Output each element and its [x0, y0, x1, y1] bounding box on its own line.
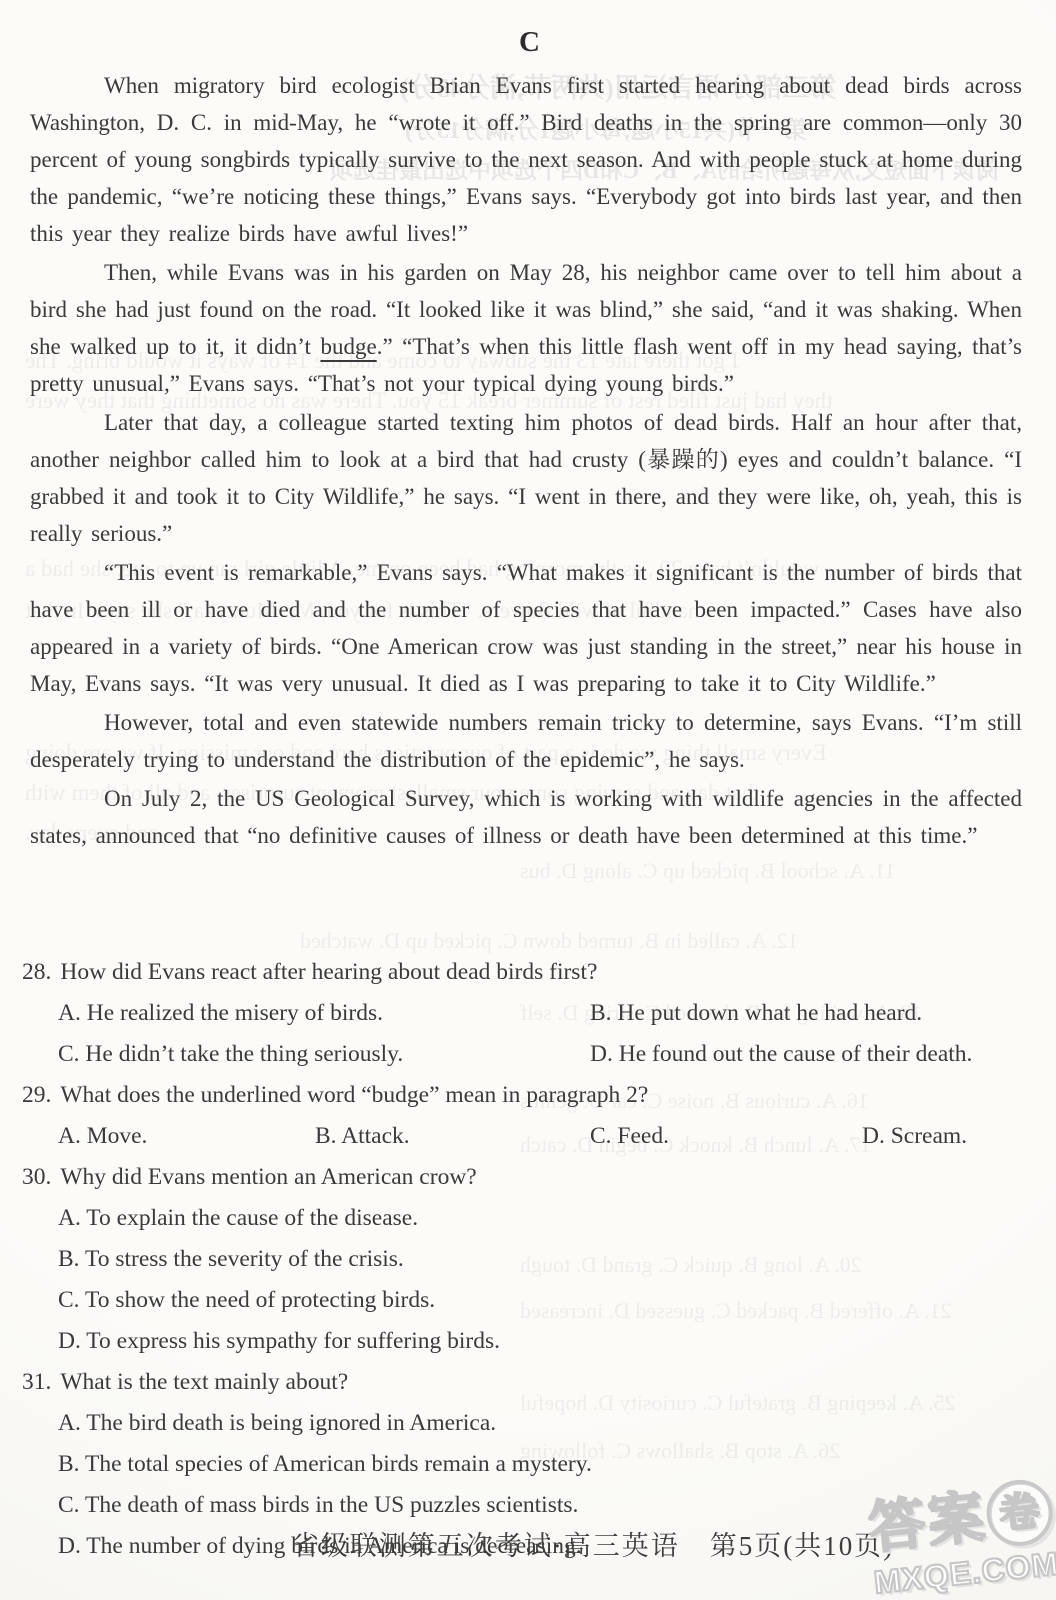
option-28-c: C. He didn’t take the thing seriously. — [58, 1034, 590, 1075]
question-number: 28. — [22, 959, 51, 985]
option-28-b: B. He put down what he had heard. — [590, 993, 1034, 1034]
option-29-b: B. Attack. — [315, 1116, 590, 1157]
question-28: 28.How did Evans react after hearing abo… — [22, 952, 1034, 1075]
passage-paragraph-2: Then, while Evans was in his garden on M… — [30, 254, 1022, 402]
question-31-stem: 31.What is the text mainly about? — [22, 1362, 1034, 1403]
bleed-through-text: 11. A. school B. picked up C. along D. b… — [520, 858, 896, 884]
questions-section: 28.How did Evans react after hearing abo… — [22, 952, 1034, 1567]
question-29-stem: 29.What does the underlined word “budge”… — [22, 1075, 1034, 1116]
option-28-d: D. He found out the cause of their death… — [590, 1034, 1034, 1075]
passage-paragraph-5: However, total and even statewide number… — [30, 704, 1022, 778]
option-31-c: C. The death of mass birds in the US puz… — [58, 1485, 1034, 1526]
bleed-through-text: 12. A. called in B. turned down C. picke… — [300, 928, 799, 954]
option-30-a: A. To explain the cause of the disease. — [58, 1198, 1034, 1239]
option-29-d: D. Scream. — [862, 1116, 1034, 1157]
page-footer: 省级联测第五次考试·高三英语第5页(共10页) — [0, 1524, 1056, 1563]
section-label: C — [38, 26, 1022, 59]
question-number: 31. — [22, 1369, 51, 1395]
reading-passage-section: C When migratory bird ecologist Brian Ev… — [30, 26, 1022, 856]
passage-paragraph-3: Later that day, a colleague started text… — [30, 404, 1022, 552]
option-29-c: C. Feed. — [590, 1116, 862, 1157]
option-29-a: A. Move. — [58, 1116, 315, 1157]
passage-paragraph-6: On July 2, the US Geological Survey, whi… — [30, 780, 1022, 854]
passage-paragraph-1: When migratory bird ecologist Brian Evan… — [30, 67, 1022, 252]
question-29: 29.What does the underlined word “budge”… — [22, 1075, 1034, 1157]
question-30-options: A. To explain the cause of the disease. … — [22, 1198, 1034, 1362]
option-31-b: B. The total species of American birds r… — [58, 1444, 1034, 1485]
exam-title: 省级联测第五次考试·高三英语 — [292, 1531, 680, 1561]
question-30: 30.Why did Evans mention an American cro… — [22, 1157, 1034, 1362]
option-30-b: B. To stress the severity of the crisis. — [58, 1239, 1034, 1280]
question-28-options: A. He realized the misery of birds. B. H… — [22, 993, 1034, 1075]
option-30-c: C. To show the need of protecting birds. — [58, 1280, 1034, 1321]
passage-paragraph-4: “This event is remarkable,” Evans says. … — [30, 554, 1022, 702]
question-text: What is the text mainly about? — [60, 1369, 348, 1395]
question-text: How did Evans react after hearing about … — [60, 959, 597, 985]
question-28-stem: 28.How did Evans react after hearing abo… — [22, 952, 1034, 993]
option-31-a: A. The bird death is being ignored in Am… — [58, 1403, 1034, 1444]
underlined-word-budge: budge — [320, 334, 376, 359]
option-30-d: D. To express his sympathy for suffering… — [58, 1321, 1034, 1362]
question-number: 29. — [22, 1082, 51, 1108]
question-30-stem: 30.Why did Evans mention an American cro… — [22, 1157, 1034, 1198]
page-number: 第5页(共10页) — [710, 1531, 894, 1561]
exam-page: 第三部分 语言运用(共两节,满分45分) 第一节(共15小题;每小题1分,满分1… — [0, 0, 1056, 1600]
question-text: What does the underlined word “budge” me… — [60, 1082, 648, 1108]
question-29-options: A. Move. B. Attack. C. Feed. D. Scream. — [22, 1116, 1034, 1157]
question-number: 30. — [22, 1164, 51, 1190]
option-28-a: A. He realized the misery of birds. — [58, 993, 590, 1034]
question-text: Why did Evans mention an American crow? — [60, 1164, 476, 1190]
